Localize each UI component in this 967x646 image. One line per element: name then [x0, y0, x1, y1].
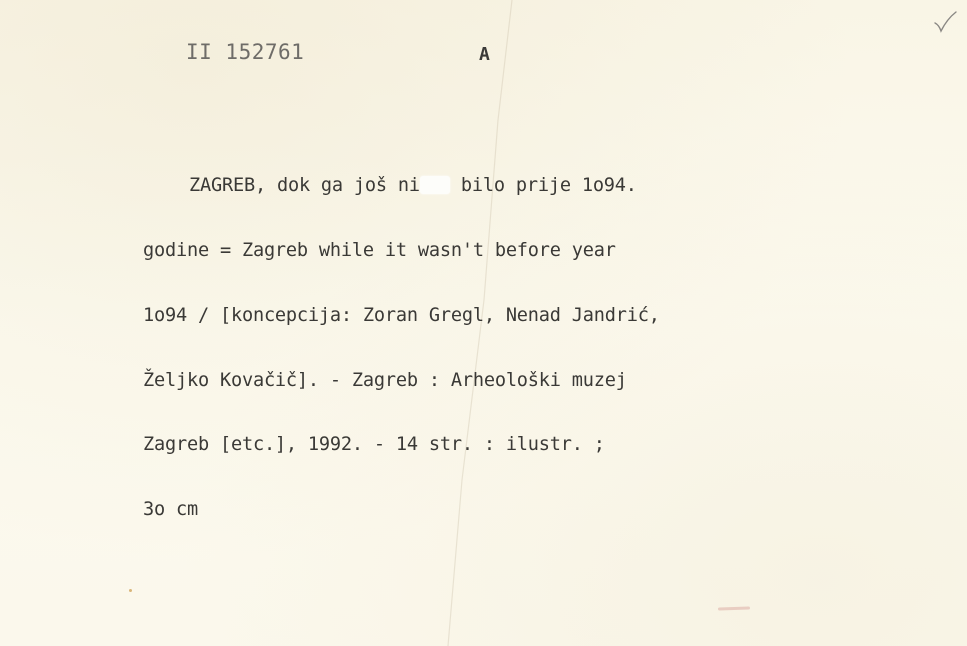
- title-end: bilo prije 1o94.: [450, 175, 637, 196]
- call-number: II 152761: [186, 40, 304, 64]
- catalog-card: II 152761 A ZAGREB, dok ga još ni bilo p…: [0, 0, 967, 646]
- correction-whiteout: [420, 176, 450, 194]
- ink-speck: [129, 589, 132, 592]
- entry-line: 3o cm: [143, 499, 660, 521]
- title-start: ZAGREB, dok ga još ni: [189, 175, 420, 196]
- entry-line-title: ZAGREB, dok ga još ni bilo prije 1o94.: [143, 175, 660, 197]
- entry-line: godine = Zagreb while it wasn't before y…: [143, 240, 660, 262]
- entry-line: 1o94 / [koncepcija: Zoran Gregl, Nenad J…: [143, 305, 660, 327]
- entry-line: Željko Kovačič]. - Zagreb : Arheološki m…: [143, 370, 660, 392]
- red-smear: [718, 606, 750, 610]
- checkmark-icon: [932, 10, 958, 34]
- bibliographic-entry: ZAGREB, dok ga još ni bilo prije 1o94. g…: [143, 132, 660, 564]
- section-letter: A: [479, 44, 490, 65]
- entry-line: Zagreb [etc.], 1992. - 14 str. : ilustr.…: [143, 434, 660, 456]
